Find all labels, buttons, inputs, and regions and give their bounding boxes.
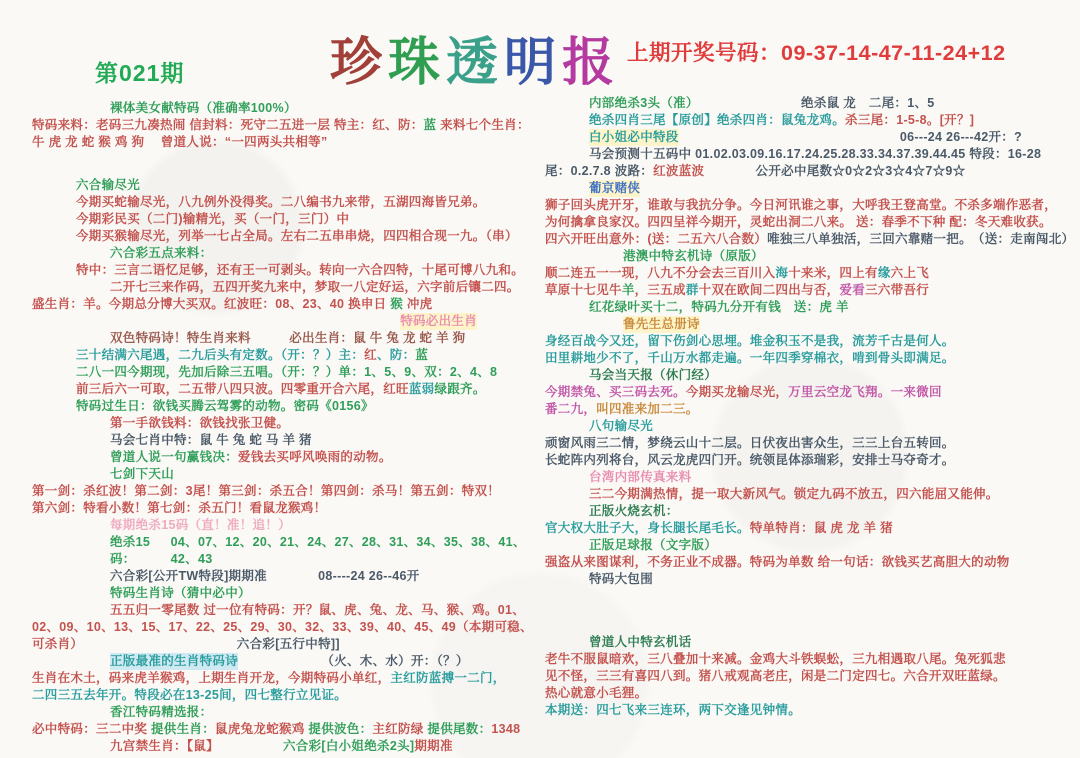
text-span: 特码过生日：欲钱买腾云驾雾的动物。密码《0156》 [76, 398, 374, 415]
text-span: 唯独三八单独活，三回六靠赌一把。 [767, 231, 972, 248]
text-span: 06---24 26---42开：? [900, 129, 1022, 146]
text-line: 曾道人中特玄机话 [545, 634, 1077, 651]
title-char: 透 [446, 34, 504, 92]
text-line: 特中：三言二语忆足够，还有王一可剥头。转向一六合四特，十尾可博八九和。 [32, 262, 537, 279]
text-span: 三二今期满热情，提一取大新风气。锁定九码不放五，四六能屈又能伸。 [589, 486, 999, 503]
text-line: 五五归一零尾数 过一位有特码：开？鼠、虎、兔、龙、马、猴、鸡。01、 [32, 602, 537, 619]
text-span: 长蛇阵内列将台，风云龙虎四门开。统领昆体添瑞彩，安排士马夺奇才。 [545, 452, 955, 469]
text-span: 羊 [622, 282, 635, 299]
text-line: 九宫禁生肖：【鼠】 六合彩[白小姐绝杀2头]期期准 [32, 738, 537, 755]
text-span: 七剑下天山 [110, 466, 174, 483]
text-span: 04、07、12、20、21、24、27、28、31、34、35、38、41、4… [171, 534, 537, 568]
text-span: 02、09、10、13、15、17、22、25、29、30、32、33、39、4… [32, 619, 533, 636]
text-line: 今期买猴输尽光，列举一七占全局。左右二五串串烧，四四相合现一九。（串） [32, 228, 537, 245]
text-span: 三十结满六尾遇，二九后头有定数。（开：？）主： [76, 347, 364, 364]
text-span: 第一手欲钱料：欲钱找张卫健。 [110, 415, 289, 432]
text-span: 蓝 [424, 117, 437, 134]
text-span: 番二九， [545, 401, 596, 418]
text-line: 狮子回头虎开牙，谁敢与我抗分争。今日河讯谁之事，大呼我王登高堂。不杀多端作恶者， [545, 197, 1077, 214]
text-span: ，三五成 [635, 282, 686, 299]
text-span: 九宫禁生肖：【鼠】 [110, 738, 219, 755]
text-span: 万里云空龙飞翔。一来微回 [788, 384, 942, 401]
text-span: 为何擒拿良家汉。四四呈祥今期开，灵蛇出洞二八来。 送：春季不下种 配：冬天难收获… [545, 214, 1052, 231]
text-span: 生肖在木土，码来虎羊猴鸡，上期生肖开龙，今期特码小单红， [32, 670, 390, 687]
issue-number: 第021期 [95, 55, 184, 88]
text-line: 今期禁兔、买三码去死。今期买龙输尽光，万里云空龙飞翔。一来微回 [545, 384, 1077, 401]
text-span: 爱钱去买呼风唤雨的动物。 [238, 449, 392, 466]
title-char: 报 [562, 34, 620, 92]
report-page: 第021期 珍珠透明报 上期开奖号码：09-37-14-47-11-24+12 … [0, 0, 1080, 758]
text-span: 每期绝杀15码（直！准！追！） [110, 517, 291, 534]
text-span: 鼠 牛 兔 龙 蛇 羊 狗 [353, 330, 465, 347]
text-span: 蓝弱 [409, 381, 435, 398]
text-span: 双色特码诗！特生肖来料 [110, 330, 251, 347]
text-span: 绿跟齐。 [434, 381, 485, 398]
text-line: 特码过生日：欲钱买腾云驾雾的动物。密码《0156》 [32, 398, 537, 415]
text-span: 特码生肖诗（猜中必中） [110, 585, 251, 602]
text-span: 红 [364, 347, 377, 364]
text-span: 六合彩[公开TW特段]期期准 [110, 568, 267, 585]
text-span: 老牛不服鼠暗欢，三八叠加十来减。金鸡大斗铁蜈蚣，三九相遇取八尾。兔死狐悲 [545, 651, 1006, 668]
text-line: 特码大包围 [545, 571, 1077, 588]
text-span: 叫四准来加二三。 [596, 401, 698, 418]
text-span: 田里耕地少不了，千山万水都走遍。一年四季穿棉衣，啃到骨头即满足。 [545, 350, 955, 367]
text-span: 六合彩[白小姐绝杀2头] [283, 738, 414, 755]
text-span: （火、木、水）开：（？） [238, 653, 469, 670]
text-span: 必出生肖： [251, 330, 353, 347]
text-line: 红花绿叶买十二，特码九分开有钱 送：虎 羊 [545, 299, 1077, 316]
text-line: 强盗从来图谋利，不务正业不成器。特码为单数 给一句话：欲钱买艺高胆大的动物 [545, 554, 1077, 571]
text-span: 狮子回头虎开牙，谁敢与我抗分争。今日河讯谁之事，大呼我王登高堂。不杀多端作恶者， [545, 197, 1057, 214]
text-line: 六合输尽光 [32, 177, 537, 194]
text-span: 特码大包围 [589, 571, 653, 588]
text-span: 台湾内部传真来料 [589, 469, 691, 486]
text-line: 六合彩[公开TW特段]期期准 08----24 26--46开 [32, 568, 537, 585]
text-span: 主红防绿 [372, 721, 427, 738]
text-line: 前三后六一可取，二五带八四只波。四零重开合六尾，红旺蓝弱绿跟齐。 [32, 381, 537, 398]
text-line: 顺二连五一一现，八九不分会去三百川入海十来米，四上有缘六上飞 [545, 265, 1077, 282]
text-span: 爱看 [839, 282, 865, 299]
text-span: 杀三尾：1-5-8。[开？] [845, 112, 974, 129]
text-span: 特码必出生肖 [400, 313, 477, 330]
text-line: 第一手欲钱料：欲钱找张卫健。 [32, 415, 537, 432]
text-span: 猴 [390, 296, 407, 313]
text-span: 顽窗风雨三二情，梦绕云山十二层。日伏夜出害众生，三三上台五转回。 [545, 435, 955, 452]
text-span: 四六开旺出意外：(送：二五六八合数） [545, 231, 767, 248]
text-span: 尾：0.2.7.8 波路： [545, 163, 653, 180]
text-span: 二四三五去年开。特段必在13-25间，四七整行立见证。 [32, 687, 347, 704]
text-span: 港澳中特玄机诗（原版） [623, 248, 764, 265]
text-line: 老牛不服鼠暗欢，三八叠加十来减。金鸡大斗铁蜈蚣，三九相遇取八尾。兔死狐悲 [545, 651, 1077, 668]
text-line: 马会七肖中特：鼠 牛 兔 蛇 马 羊 猪 [32, 432, 537, 449]
text-span: 、防： [377, 347, 415, 364]
title-char: 珍 [330, 34, 388, 92]
text-line: 四六开旺出意外：(送：二五六八合数）唯独三八单独活，三回六靠赌一把。（送：走南闯… [545, 231, 1077, 248]
text-line: 绝杀15码：04、07、12、20、21、24、27、28、31、34、35、3… [32, 534, 537, 568]
text-span: 今期彩民买（二门)输精光，买（一门，三门）中 [76, 211, 349, 228]
text-span: 特单特肖： [750, 520, 814, 537]
text-line: 马会当天报（休门经） [545, 367, 1077, 384]
text-span: 曾道人说一句赢钱决： [110, 449, 238, 466]
text-span: 第六剑：特看小数！第七剑：杀五门！看鼠龙猴鸡！ [32, 500, 326, 517]
text-span: 见不怪，三三有喜四八到。猪八戒观高老庄，闲是二门定四七。六合开双旺蓝绿。 [545, 668, 1006, 685]
text-span: 今期买猴输尽光，列举一七占全局。左右二五串串烧，四四相合现一九。（串） [76, 228, 518, 245]
text-line: 特码来料：老码三九凑热闹 信封料：死守二五进一层 特主：红、防：蓝 来料七个生肖… [32, 117, 537, 134]
text-span: 二开七三来作码，五四开奖九来中，梦取一八定好运，六字前后镶二四。 [110, 279, 520, 296]
text-span: 特中：三言二语忆足够，还有王一可剥头。转向一六合四特，十尾可博八九和。 [76, 262, 524, 279]
text-line: 今期彩民买（二门)输精光，买（一门，三门）中 [32, 211, 537, 228]
text-line: 02、09、10、13、15、17、22、25、29、30、32、33、39、4… [32, 619, 537, 636]
text-span: 正版足球报（文字版） [589, 537, 717, 554]
text-line: 今期买蛇输尽光，八九例外没得奖。二八编书九来带，五湖四海皆兄弟。 [32, 194, 537, 211]
text-line: 三十结满六尾遇，二九后头有定数。（开：？）主：红、防：蓝 [32, 347, 537, 364]
text-span: 内部绝杀3头（准） [589, 95, 699, 112]
text-line: 正版火烧玄机： [545, 503, 1077, 520]
text-span: 马会预测十五码中 01.02.03.09.16.17.24.25.28.33.3… [589, 146, 1041, 163]
left-column: 裸体美女献特码（准确率100%）特码来料：老码三九凑热闹 信封料：死守二五进一层… [32, 100, 537, 755]
text-line: 葡京赌侠 [545, 180, 1077, 197]
text-span: 三六带吾行 [865, 282, 929, 299]
text-line: 正版最准的生肖特码诗 （火、木、水）开：（？） [32, 653, 537, 670]
last-draw-numbers: 上期开奖号码：09-37-14-47-11-24+12 [627, 36, 1006, 67]
text-line: 盛生肖：羊。今期总分博大买双。红波旺：08、23、40 换申日 猴 冲虎 [32, 296, 537, 313]
text-span: 裸体美女献特码（准确率100%） [110, 100, 297, 117]
text-span: 公开必中尾数☆0☆2☆3☆4☆7☆9☆ [704, 163, 965, 180]
text-line: 马会预测十五码中 01.02.03.09.16.17.24.25.28.33.3… [545, 146, 1077, 163]
text-span: 特码来料：老码三九凑热闹 信封料：死守二五进一层 特主：红、防： [32, 117, 424, 134]
text-span: 鲁先生总册诗 [623, 316, 700, 333]
text-line: 长蛇阵内列将台，风云龙虎四门开。统领昆体添瑞彩，安排士马夺奇才。 [545, 452, 1077, 469]
text-line: 二开七三来作码，五四开奖九来中，梦取一八定好运，六字前后镶二四。 [32, 279, 537, 296]
text-span: 红旺 [383, 381, 409, 398]
text-line: 顽窗风雨三二情，梦绕云山十二层。日伏夜出害众生，三三上台五转回。 [545, 435, 1077, 452]
text-span: 盛生肖：羊。今期总分博大买双。红波旺：08、23、40 换申日 [32, 296, 390, 313]
text-line: 身经百战今又还，留下伤剑心思埋。堆金积玉不是我，流芳千古是何人。 [545, 333, 1077, 350]
text-span: 提供生肖： [151, 721, 215, 738]
text-span: 六合彩[五行中特]] [83, 636, 340, 653]
text-line: 台湾内部传真来料 [545, 469, 1077, 486]
text-span: 官大权大肚子大，身长腿长尾毛长。 [545, 520, 750, 537]
text-span: 主红防蓝搏一二门， [390, 670, 505, 687]
text-span: 葡京赌侠 [589, 180, 640, 197]
text-span: 六上飞 [891, 265, 929, 282]
text-line: 生肖在木土，码来虎羊猴鸡，上期生肖开龙，今期特码小单红，主红防蓝搏一二门， [32, 670, 537, 687]
text-line: 八句输尽光 [545, 418, 1077, 435]
text-span: 红花绿叶买十二，特码九分开有钱 送：虎 羊 [589, 299, 849, 316]
text-span: 马会当天报（休门经） [589, 367, 717, 384]
text-line: 正版足球报（文字版） [545, 537, 1077, 554]
text-span: 期期准 [414, 738, 452, 755]
text-span: 今期买蛇输尽光，八九例外没得奖。二八编书九来带，五湖四海皆兄弟。 [76, 194, 486, 211]
text-span: 必中特码： [32, 721, 96, 738]
text-line: 裸体美女献特码（准确率100%） [32, 100, 537, 117]
text-span: 群 [686, 282, 699, 299]
text-span: 曾道人中特玄机话 [589, 634, 691, 651]
text-line: 香江特码精选报： [32, 704, 537, 721]
text-span: 绝杀15码： [110, 534, 171, 568]
text-span: 六合彩五点来料： [110, 245, 212, 262]
text-span: 白小姐必中特段 [589, 129, 679, 146]
text-span: 冲虎 [407, 296, 433, 313]
text-span: 十双在欧间二四出与否， [699, 282, 840, 299]
text-line: 热心就意小毛狸。 [545, 685, 1077, 702]
text-span: 十来米，四上有 [788, 265, 878, 282]
text-line: 每期绝杀15码（直！准！追！） [32, 517, 537, 534]
text-span: 绝杀四肖三尾【原创】绝杀四肖：鼠兔龙鸡。 [589, 112, 845, 129]
text-line: 必中特码：三二中奖 提供生肖：鼠虎兔龙蛇猴鸡 提供波色：主红防绿 提供尾数：13… [32, 721, 537, 738]
text-span: 本期送：四七飞来三连环，两下交逢见钟情。 [545, 702, 801, 719]
text-span: 今期买龙输尽光， [686, 384, 788, 401]
text-line: 第六剑：特看小数！第七剑：杀五门！看鼠龙猴鸡！ [32, 500, 537, 517]
text-span: 鼠虎兔龙蛇猴鸡 [215, 721, 308, 738]
text-line: 七剑下天山 [32, 466, 537, 483]
text-span: 绝杀鼠 龙 二尾：1、5 [699, 95, 935, 112]
text-line: 二八一四今期现，先加后除三五唱。（开：？）单：1、5、9、双：2、4、8 [32, 364, 537, 381]
text-line: 第一剑：杀红波！第二剑：3尾！第三剑：杀五合！第四剑：杀马！第五剑：特双！ [32, 483, 537, 500]
text-line: 港澳中特玄机诗（原版） [545, 248, 1077, 265]
text-span: 牛 虎 龙 蛇 猴 鸡 狗 曾道人说：“一四两头共相等” [32, 134, 328, 151]
text-line: 牛 虎 龙 蛇 猴 鸡 狗 曾道人说：“一四两头共相等” [32, 134, 537, 151]
text-line: 内部绝杀3头（准） 绝杀鼠 龙 二尾：1、5 [545, 95, 1077, 112]
text-span: 五五归一零尾数 过一位有特码：开？鼠、虎、兔、龙、马、猴、鸡。01、 [110, 602, 525, 619]
text-span: 提供尾数： [427, 721, 491, 738]
text-line: 白小姐必中特段06---24 26---42开：? [545, 129, 1077, 146]
text-span: 海 [775, 265, 788, 282]
text-span: 热心就意小毛狸。 [545, 685, 647, 702]
text-span: 六合输尽光 [76, 177, 140, 194]
text-line: 特码必出生肖 [32, 313, 537, 330]
text-span: 香江特码精选报： [110, 704, 212, 721]
text-span: 马会七肖中特：鼠 牛 兔 蛇 马 羊 猪 [110, 432, 312, 449]
text-span: （送：走南闯北） [972, 231, 1074, 248]
text-span: 提供波色： [308, 721, 372, 738]
text-span [219, 738, 283, 755]
text-line: 可杀肖） 六合彩[五行中特]] [32, 636, 537, 653]
text-span: 八句输尽光 [589, 418, 653, 435]
text-span: 今期禁兔、买三码去死。 [545, 384, 686, 401]
text-line: 二四三五去年开。特段必在13-25间，四七整行立见证。 [32, 687, 537, 704]
text-line: 为何擒拿良家汉。四四呈祥今期开，灵蛇出洞二八来。 送：春季不下种 配：冬天难收获… [545, 214, 1077, 231]
text-span: 强盗从来图谋利，不务正业不成器。特码为单数 给一句话：欲钱买艺高胆大的动物 [545, 554, 1010, 571]
text-line: 官大权大肚子大，身长腿长尾毛长。特单特肖：鼠 虎 龙 羊 猪 [545, 520, 1077, 537]
text-span: 二八一四今期现，先加后除三五唱。（开：？）单：1、5、9、双：2、4、8 [76, 364, 497, 381]
text-span: 红波蓝波 [653, 163, 704, 180]
text-line: 鲁先生总册诗 [545, 316, 1077, 333]
text-span: 08----24 26--46开 [267, 568, 420, 585]
text-span: 可杀肖） [32, 636, 83, 653]
title-char: 珠 [388, 34, 446, 92]
text-line: 特码生肖诗（猜中必中） [32, 585, 537, 602]
text-line: 尾：0.2.7.8 波路：红波蓝波 公开必中尾数☆0☆2☆3☆4☆7☆9☆ [545, 163, 1077, 180]
text-line: 曾道人说一句赢钱决：爱钱去买呼风唤雨的动物。 [32, 449, 537, 466]
text-span: 蓝 [415, 347, 428, 364]
text-line: 六合彩五点来料： [32, 245, 537, 262]
text-span: 前三后六一可取，二五带八四只波。四零重开合六尾， [76, 381, 383, 398]
text-span: 顺二连五一一现，八九不分会去三百川入 [545, 265, 775, 282]
text-line: 见不怪，三三有喜四八到。猪八戒观高老庄，闲是二门定四七。六合开双旺蓝绿。 [545, 668, 1077, 685]
text-line: 田里耕地少不了，千山万水都走遍。一年四季穿棉衣，啃到骨头即满足。 [545, 350, 1077, 367]
text-span: 三二中奖 [96, 721, 151, 738]
text-line: 三二今期满热情，提一取大新风气。锁定九码不放五，四六能屈又能伸。 [545, 486, 1077, 503]
text-span: 缘 [878, 265, 891, 282]
text-line: 双色特码诗！特生肖来料 必出生肖：鼠 牛 兔 龙 蛇 羊 狗 [32, 330, 537, 347]
title-char: 明 [504, 34, 562, 92]
text-span: 第一剑：杀红波！第二剑：3尾！第三剑：杀五合！第四剑：杀马！第五剑：特双！ [32, 483, 500, 500]
text-span: 草原十七见牛 [545, 282, 622, 299]
text-span: 1348 [491, 721, 520, 738]
text-span: 鼠 虎 龙 羊 猪 [814, 520, 893, 537]
text-line: 绝杀四肖三尾【原创】绝杀四肖：鼠兔龙鸡。杀三尾：1-5-8。[开？] [545, 112, 1077, 129]
text-span: 来料七个生肖： [436, 117, 529, 134]
right-column: 内部绝杀3头（准） 绝杀鼠 龙 二尾：1、5绝杀四肖三尾【原创】绝杀四肖：鼠兔龙… [545, 95, 1077, 719]
text-span: 正版最准的生肖特码诗 [110, 653, 238, 670]
text-span: 正版火烧玄机： [589, 503, 679, 520]
text-span: 身经百战今又还，留下伤剑心思埋。堆金积玉不是我，流芳千古是何人。 [545, 333, 955, 350]
text-line: 番二九，叫四准来加二三。 [545, 401, 1077, 418]
report-title: 珍珠透明报 [330, 20, 620, 95]
text-line: 本期送：四七飞来三连环，两下交逢见钟情。 [545, 702, 1077, 719]
text-line: 草原十七见牛羊，三五成群十双在欧间二四出与否，爱看三六带吾行 [545, 282, 1077, 299]
